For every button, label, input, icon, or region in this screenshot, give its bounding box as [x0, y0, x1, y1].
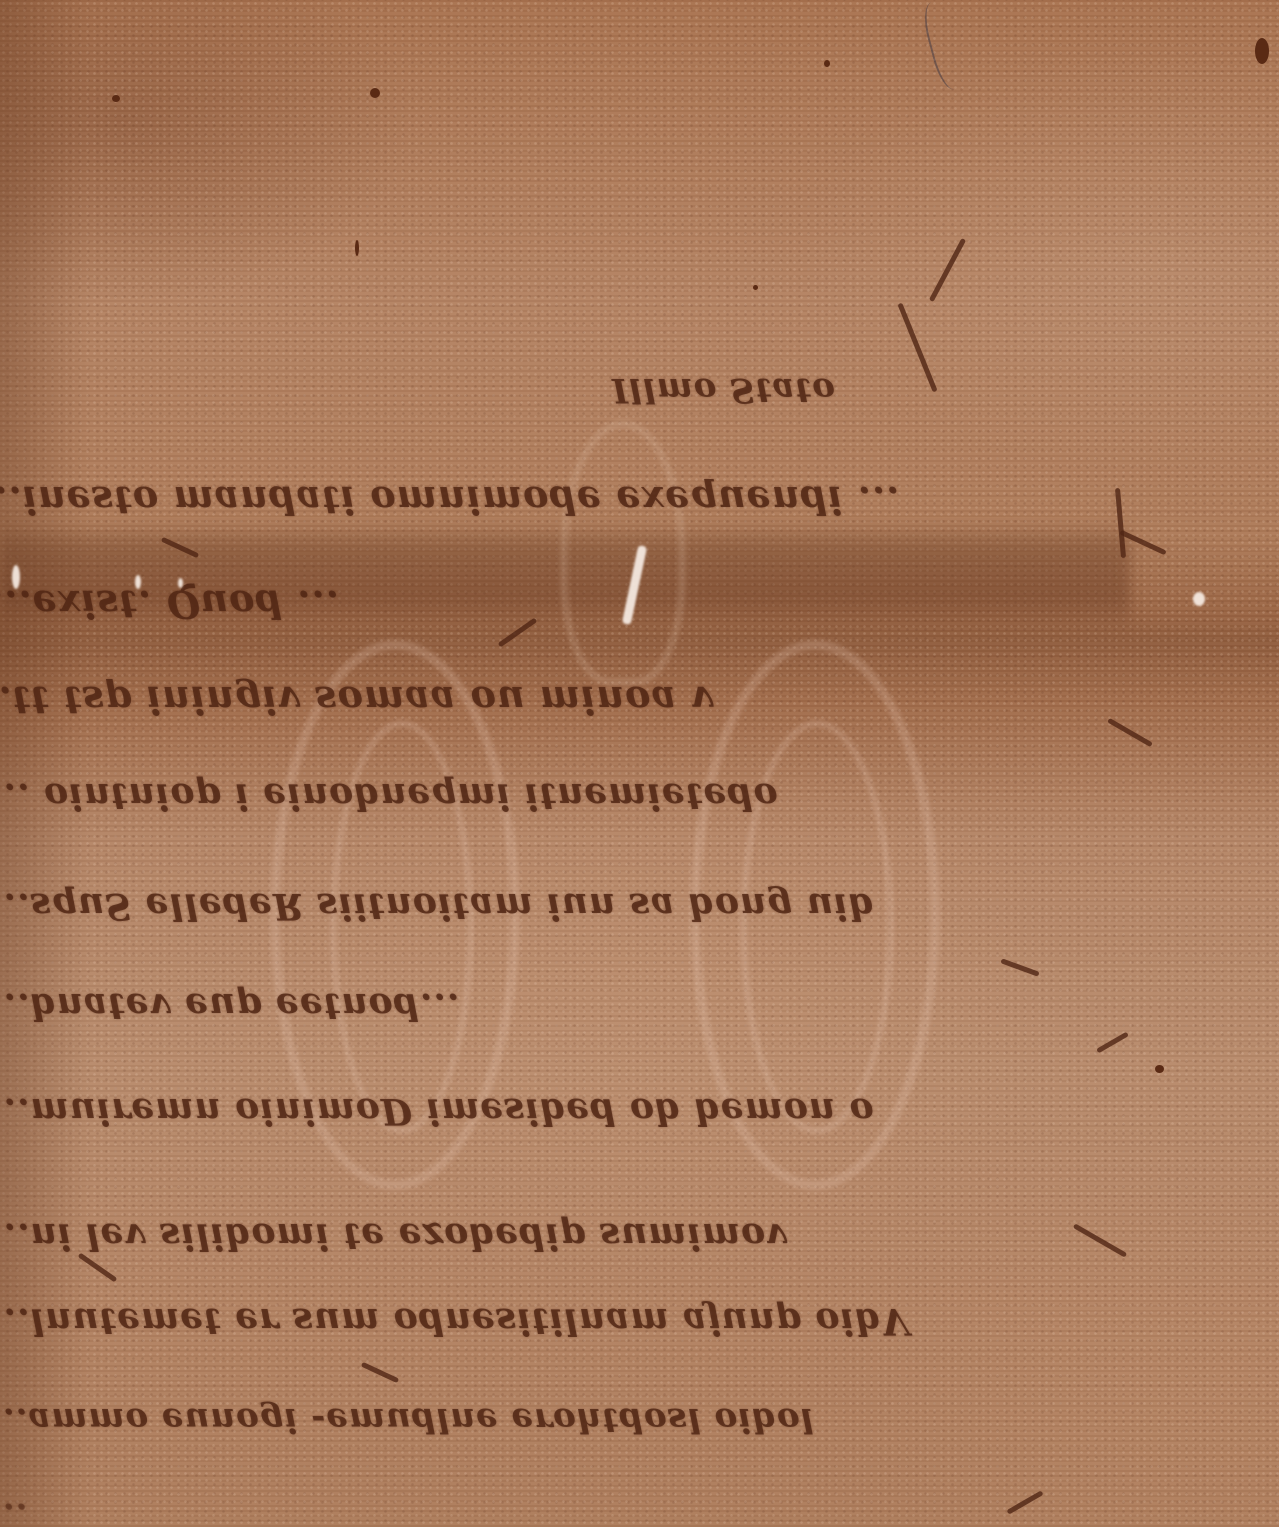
- manuscript-page: Illmo Stato ...inesto mandati omnimode e…: [0, 0, 1279, 1527]
- paper-damage-spot: [12, 565, 20, 589]
- watermark-stem: [560, 420, 686, 686]
- script-line-9: ...ni lev silibomi te ezobedip sumimov: [0, 1215, 788, 1257]
- ink-swash: [1006, 1490, 1043, 1514]
- paper-damage-spot: [135, 575, 141, 589]
- paper-speckle-texture: [0, 0, 1279, 1527]
- script-line-7: ...bnatev eup eetnod...: [0, 985, 460, 1027]
- script-line-6: ...squS elledeR siitnoitam iun sa bong u…: [0, 885, 875, 927]
- script-line-10: ...lnutemet er sum odnesitilnam ajunp oi…: [0, 1300, 910, 1342]
- script-line-12: ...: [0, 1495, 29, 1527]
- ink-speck: [370, 88, 380, 98]
- script-line-3: ...exist. Quod ...: [0, 582, 340, 627]
- script-line-8: ...muiremn oinimoD imesibed ob bemon o: [0, 1090, 875, 1132]
- script-line-1: Illmo Stato: [612, 370, 836, 410]
- ink-speck: [824, 60, 830, 67]
- ink-speck: [753, 285, 758, 290]
- paper-damage-spot: [178, 578, 183, 588]
- script-line-4: ...tt tsp iningiv somaa ou minoa v: [0, 678, 714, 723]
- ink-stroke: [929, 238, 966, 302]
- pencil-mark: [919, 0, 973, 93]
- hole-top-right: [1255, 38, 1269, 64]
- ink-speck: [112, 95, 120, 102]
- script-line-2: ...inesto mandati omnimode exequendi ...: [0, 478, 900, 523]
- ink-stroke: [897, 303, 937, 393]
- ink-swash: [1073, 1223, 1127, 1257]
- paper-damage-spot: [1193, 592, 1205, 606]
- laid-paper-texture: [0, 0, 1279, 1527]
- ink-speck: [1155, 1065, 1164, 1073]
- ink-swash: [1096, 1032, 1129, 1054]
- left-edge-shadow: [0, 0, 90, 1527]
- ink-speck: [355, 240, 359, 256]
- script-line-5: ... ointniop i einobneqmi itnemietedo: [0, 775, 779, 817]
- script-line-11: ...ammo eunogi -emudlne erohtdosl oibol: [0, 1400, 815, 1440]
- ink-swash: [361, 1362, 399, 1383]
- ink-swash: [1000, 958, 1039, 976]
- ink-swash: [1107, 718, 1153, 747]
